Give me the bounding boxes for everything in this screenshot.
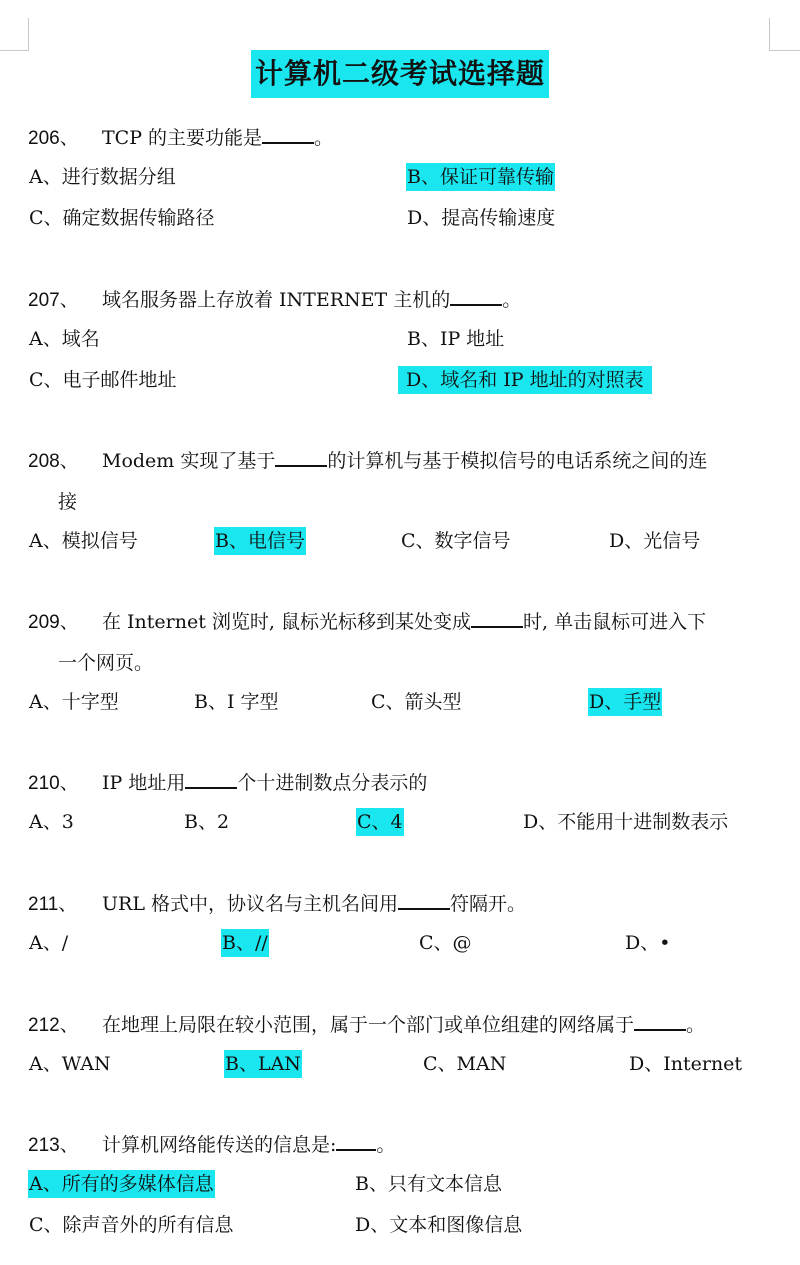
option-b[interactable]: B、2 bbox=[183, 808, 230, 836]
page-title: 计算机二级考试选择题 bbox=[251, 50, 549, 98]
question-208: 208、Modem 实现了基于的计算机与基于模拟信号的电话系统之间的连 接 A、… bbox=[28, 441, 778, 564]
question-stem: 209、在 Internet 浏览时, 鼠标光标移到某处变成时, 单击鼠标可进入… bbox=[28, 602, 778, 643]
answer-blank bbox=[471, 608, 523, 628]
answer-blank bbox=[185, 769, 237, 789]
page-corner-mark-right bbox=[769, 18, 800, 51]
question-number: 210、 bbox=[28, 763, 102, 804]
question-212: 212、在地理上局限在较小范围，属于一个部门或单位组建的网络属于。 A、WANB… bbox=[28, 1005, 778, 1087]
question-stem: 207、域名服务器上存放着 INTERNET 主机的。 bbox=[28, 280, 778, 321]
question-stem: 206、TCP 的主要功能是。 bbox=[28, 118, 778, 159]
option-d[interactable]: D、• bbox=[624, 929, 671, 957]
question-number: 209、 bbox=[28, 602, 102, 643]
stem-text-end: 。 bbox=[314, 127, 333, 149]
option-c-correct[interactable]: C、4 bbox=[356, 808, 404, 836]
question-209: 209、在 Internet 浏览时, 鼠标光标移到某处变成时, 单击鼠标可进入… bbox=[28, 602, 778, 725]
option-d[interactable]: D、文本和图像信息 bbox=[354, 1211, 523, 1239]
option-d[interactable]: D、提高传输速度 bbox=[406, 204, 556, 232]
answer-blank bbox=[398, 890, 450, 910]
option-b[interactable]: B、只有文本信息 bbox=[354, 1170, 503, 1198]
question-stem-line2: 一个网页。 bbox=[28, 643, 778, 684]
option-c[interactable]: C、箭头型 bbox=[370, 688, 463, 716]
question-206: 206、TCP 的主要功能是。 A、进行数据分组B、保证可靠传输 C、确定数据传… bbox=[28, 118, 778, 241]
question-number: 211、 bbox=[28, 884, 102, 925]
stem-text: TCP 的主要功能是 bbox=[102, 127, 262, 149]
option-b-correct[interactable]: B、// bbox=[221, 929, 269, 957]
question-stem: 213、计算机网络能传送的信息是:。 bbox=[28, 1125, 778, 1166]
answer-blank bbox=[634, 1011, 686, 1031]
question-number: 206、 bbox=[28, 118, 102, 159]
option-d[interactable]: D、Internet bbox=[628, 1050, 743, 1078]
option-d[interactable]: D、不能用十进制数表示 bbox=[522, 808, 729, 836]
option-c[interactable]: C、除声音外的所有信息 bbox=[28, 1211, 235, 1239]
option-a-correct[interactable]: A、所有的多媒体信息 bbox=[28, 1170, 215, 1198]
option-c[interactable]: C、确定数据传输路径 bbox=[28, 204, 216, 232]
option-a[interactable]: A、/ bbox=[28, 929, 69, 957]
option-a[interactable]: A、WAN bbox=[28, 1050, 112, 1078]
question-207: 207、域名服务器上存放着 INTERNET 主机的。 A、域名B、IP 地址 … bbox=[28, 280, 778, 403]
option-d-correct[interactable]: D、手型 bbox=[588, 688, 662, 716]
stem-text-end: 符隔开。 bbox=[450, 893, 526, 915]
question-number: 213、 bbox=[28, 1125, 102, 1166]
stem-text-end: 。 bbox=[376, 1134, 395, 1156]
answer-blank bbox=[275, 447, 327, 467]
option-c[interactable]: C、@ bbox=[418, 929, 473, 957]
question-number: 208、 bbox=[28, 441, 102, 482]
page-corner-mark-left bbox=[0, 18, 29, 51]
question-stem: 208、Modem 实现了基于的计算机与基于模拟信号的电话系统之间的连 bbox=[28, 441, 778, 482]
stem-text: 在 Internet 浏览时, 鼠标光标移到某处变成 bbox=[102, 611, 471, 633]
stem-text: URL 格式中，协议名与主机名间用 bbox=[102, 893, 398, 915]
option-b-correct[interactable]: B、LAN bbox=[224, 1050, 302, 1078]
question-211: 211、URL 格式中，协议名与主机名间用符隔开。 A、/B、//C、@D、• bbox=[28, 884, 778, 966]
question-210: 210、IP 地址用个十进制数点分表示的 A、3B、2C、4D、不能用十进制数表… bbox=[28, 763, 778, 845]
question-number: 207、 bbox=[28, 280, 102, 321]
question-stem: 212、在地理上局限在较小范围，属于一个部门或单位组建的网络属于。 bbox=[28, 1005, 778, 1046]
option-b-correct[interactable]: B、电信号 bbox=[214, 527, 306, 555]
question-213: 213、计算机网络能传送的信息是:。 A、所有的多媒体信息B、只有文本信息 C、… bbox=[28, 1125, 778, 1248]
question-stem-line2: 接 bbox=[28, 482, 778, 523]
stem-text: 计算机网络能传送的信息是: bbox=[102, 1134, 336, 1156]
answer-blank bbox=[262, 124, 314, 144]
answer-blank bbox=[336, 1131, 376, 1151]
stem-text: Modem 实现了基于 bbox=[102, 450, 275, 472]
option-a[interactable]: A、十字型 bbox=[28, 688, 120, 716]
option-b-correct[interactable]: B、保证可靠传输 bbox=[406, 163, 555, 191]
option-a[interactable]: A、进行数据分组 bbox=[28, 163, 177, 191]
title-container: 计算机二级考试选择题 bbox=[0, 50, 800, 98]
option-a[interactable]: A、模拟信号 bbox=[28, 527, 139, 555]
option-d-correct[interactable]: D、域名和 IP 地址的对照表 bbox=[398, 366, 652, 394]
stem-text-end: 时, 单击鼠标可进入下 bbox=[523, 611, 706, 633]
stem-text: IP 地址用 bbox=[102, 772, 185, 794]
question-stem: 210、IP 地址用个十进制数点分表示的 bbox=[28, 763, 778, 804]
option-d[interactable]: D、光信号 bbox=[608, 527, 701, 555]
answer-blank bbox=[450, 286, 502, 306]
option-a[interactable]: A、3 bbox=[28, 808, 75, 836]
question-number: 212、 bbox=[28, 1005, 102, 1046]
stem-text-end: 。 bbox=[502, 289, 521, 311]
stem-text-end: 。 bbox=[686, 1014, 705, 1036]
option-b[interactable]: B、I 字型 bbox=[193, 688, 280, 716]
option-b[interactable]: B、IP 地址 bbox=[406, 325, 505, 353]
option-c[interactable]: C、电子邮件地址 bbox=[28, 366, 178, 394]
stem-text-end: 的计算机与基于模拟信号的电话系统之间的连 bbox=[327, 450, 707, 472]
stem-text: 在地理上局限在较小范围，属于一个部门或单位组建的网络属于 bbox=[102, 1014, 634, 1036]
stem-text-end: 个十进制数点分表示的 bbox=[237, 772, 427, 794]
question-stem: 211、URL 格式中，协议名与主机名间用符隔开。 bbox=[28, 884, 778, 925]
stem-text: 域名服务器上存放着 INTERNET 主机的 bbox=[102, 289, 450, 311]
option-c[interactable]: C、数字信号 bbox=[400, 527, 512, 555]
option-a[interactable]: A、域名 bbox=[28, 325, 101, 353]
option-c[interactable]: C、MAN bbox=[422, 1050, 507, 1078]
